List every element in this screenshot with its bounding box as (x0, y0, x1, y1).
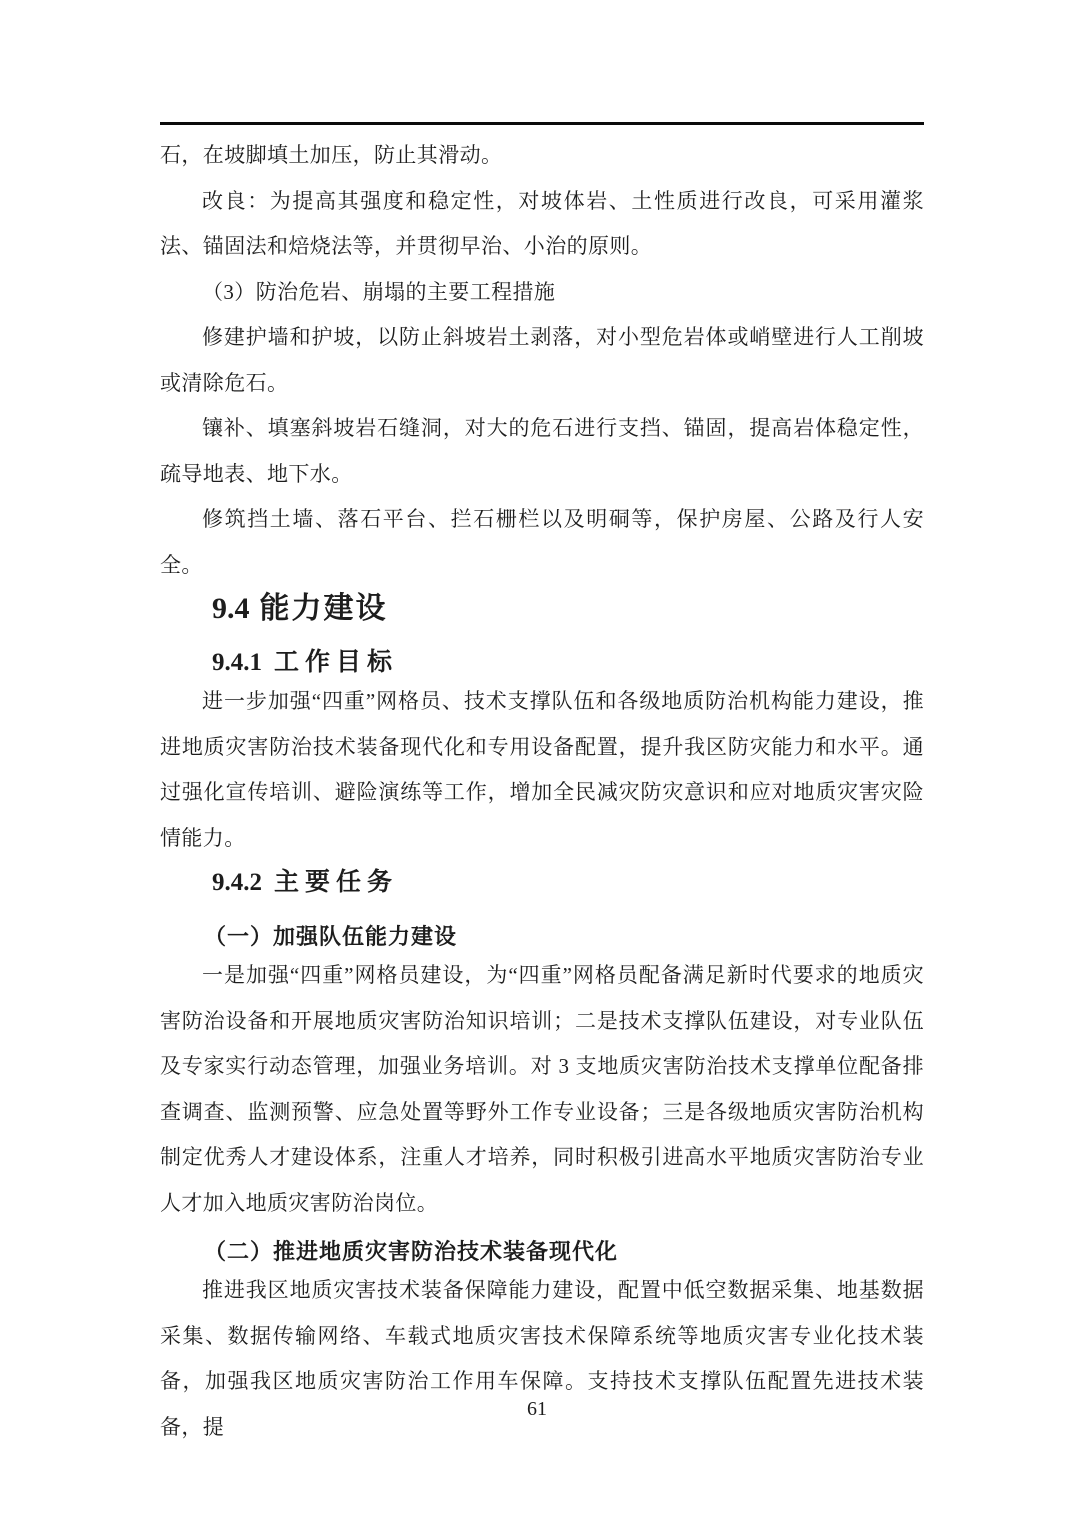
body-paragraph: 进一步加强“四重”网格员、技术支撑队伍和各级地质防治机构能力建设，推进地质灾害防… (160, 679, 924, 861)
subsection-heading-9-4-1: 9.4.1工作目标 (160, 647, 924, 679)
body-paragraph: 镶补、填塞斜坡岩石缝洞，对大的危石进行支挡、锚固，提高岩体稳定性，疏导地表、地下… (160, 406, 924, 497)
subsection-number: 9.4.2 (212, 869, 262, 896)
body-paragraph: 石，在坡脚填土加压，防止其滑动。 (160, 133, 924, 179)
subsection-number: 9.4.1 (212, 649, 262, 676)
body-paragraph: 一是加强“四重”网格员建设，为“四重”网格员配备满足新时代要求的地质灾害防治设备… (160, 953, 924, 1226)
section-heading-9-4: 9.4能力建设 (160, 589, 924, 628)
page-number: 61 (0, 1398, 1074, 1421)
subsection-title: 主要任务 (274, 869, 398, 896)
point-heading-1: （一）加强队伍能力建设 (160, 921, 924, 953)
page-content: 石，在坡脚填土加压，防止其滑动。 改良：为提高其强度和稳定性，对坡体岩、土性质进… (160, 122, 924, 1450)
body-paragraph: （3）防治危岩、崩塌的主要工程措施 (160, 270, 924, 316)
subsection-title: 工作目标 (274, 649, 398, 676)
point-heading-2: （二）推进地质灾害防治技术装备现代化 (160, 1236, 924, 1268)
document-page: 石，在坡脚填土加压，防止其滑动。 改良：为提高其强度和稳定性，对坡体岩、土性质进… (0, 0, 1074, 1520)
subsection-heading-9-4-2: 9.4.2主要任务 (160, 867, 924, 899)
body-paragraph: 推进我区地质灾害技术装备保障能力建设，配置中低空数据采集、地基数据采集、数据传输… (160, 1268, 924, 1450)
header-rule (160, 122, 924, 125)
body-paragraph: 修筑挡土墙、落石平台、拦石栅栏以及明硐等，保护房屋、公路及行人安全。 (160, 497, 924, 588)
body-paragraph: 改良：为提高其强度和稳定性，对坡体岩、土性质进行改良，可采用灌浆法、锚固法和焙烧… (160, 179, 924, 270)
section-number: 9.4 (212, 592, 250, 625)
body-paragraph: 修建护墙和护坡，以防止斜坡岩土剥落，对小型危岩体或峭壁进行人工削坡或清除危石。 (160, 315, 924, 406)
section-title: 能力建设 (260, 592, 388, 625)
